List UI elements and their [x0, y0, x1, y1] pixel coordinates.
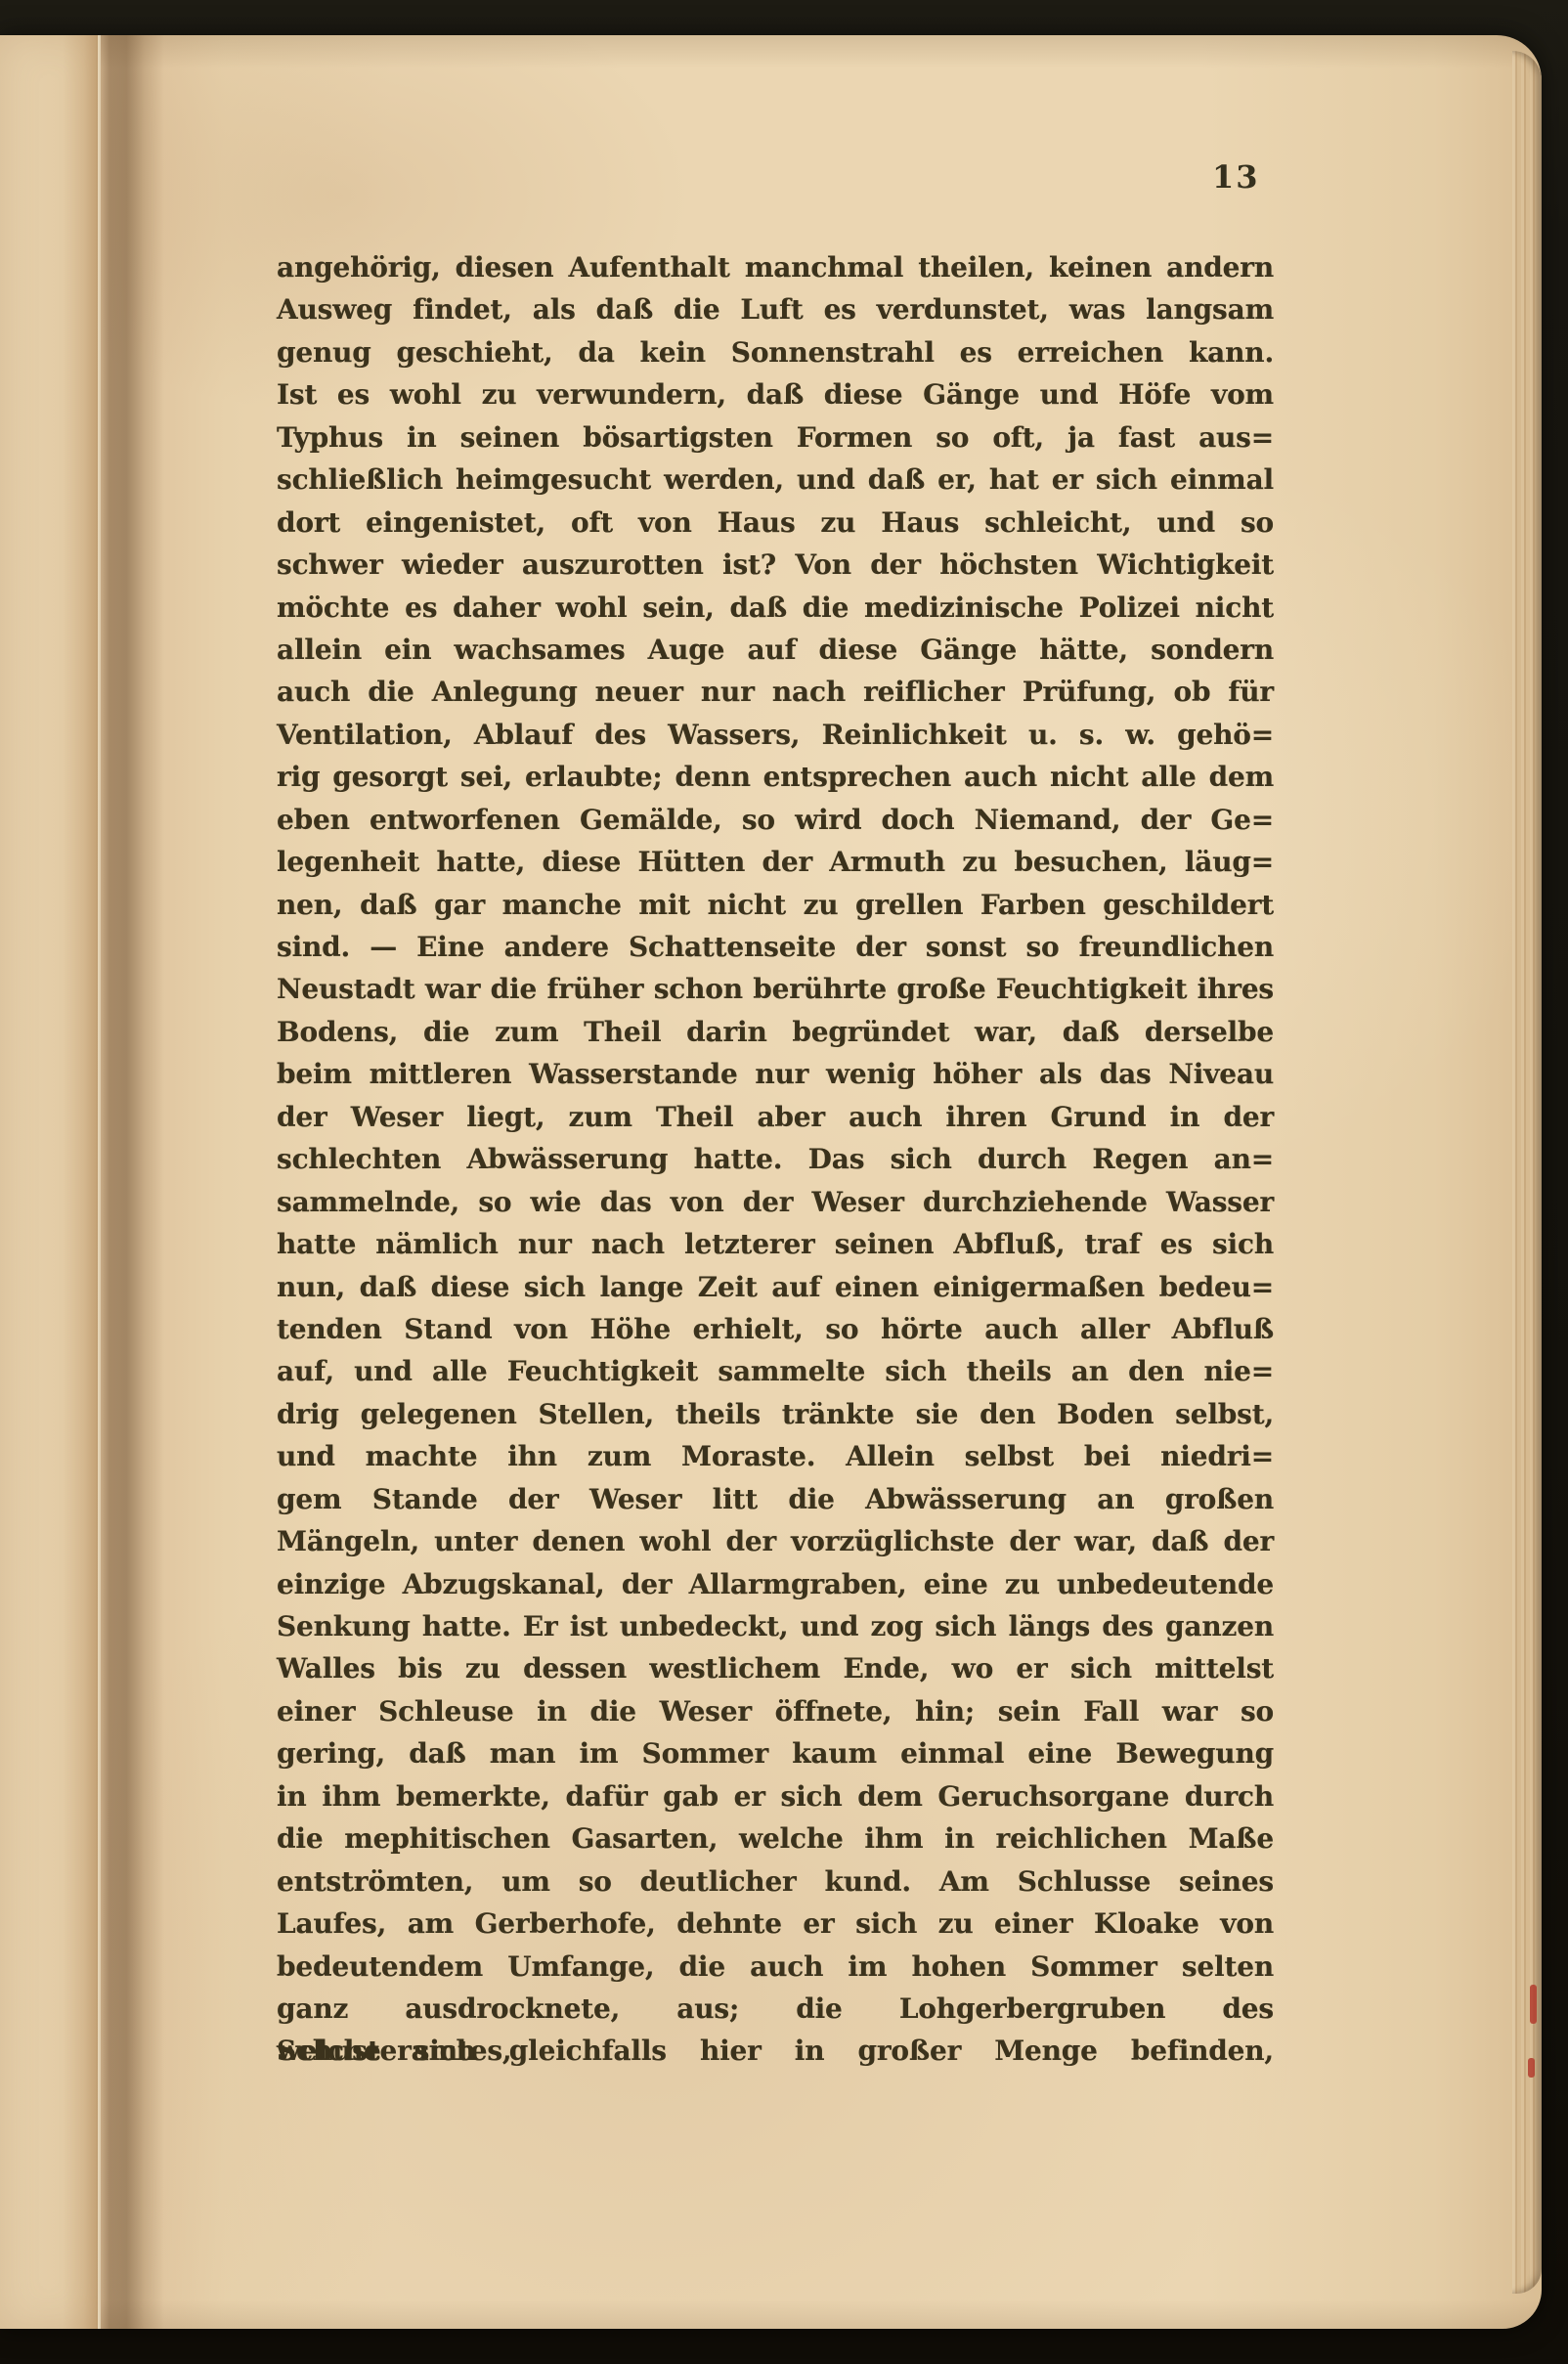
text-line: entströmten, um so deutlicher kund. Am S… — [277, 1861, 1274, 1903]
text-line: rig gesorgt sei, erlaubte; denn entsprec… — [277, 756, 1274, 798]
text-block: angehörig, diesen Aufenthalt manchmal th… — [277, 246, 1274, 2077]
gutter-shadow — [96, 35, 164, 2329]
page-edge-stack — [1512, 51, 1542, 2294]
text-line: legenheit hatte, diese Hütten der Armuth… — [277, 841, 1274, 883]
scan-background: 13 angehörig, diesen Aufenthalt manchmal… — [0, 0, 1568, 2364]
text-line: Ausweg findet, als daß die Luft es verdu… — [277, 288, 1274, 330]
text-line: dort eingenistet, oft von Haus zu Haus s… — [277, 502, 1274, 544]
book-page: 13 angehörig, diesen Aufenthalt manchmal… — [0, 35, 1542, 2329]
text-line: sammelnde, so wie das von der Weser durc… — [277, 1181, 1274, 1223]
text-line: in ihm bemerkte, dafür gab er sich dem G… — [277, 1775, 1274, 1817]
text-line: allein ein wachsames Auge auf diese Gäng… — [277, 629, 1274, 671]
page-edge-red-mark — [1530, 1985, 1537, 2024]
text-line: schlechten Abwässerung hatte. Das sich d… — [277, 1138, 1274, 1180]
text-line: nen, daß gar manche mit nicht zu grellen… — [277, 884, 1274, 926]
text-line: der Weser liegt, zum Theil aber auch ihr… — [277, 1096, 1274, 1138]
text-line: angehörig, diesen Aufenthalt manchmal th… — [277, 246, 1274, 288]
text-line: auf, und alle Feuchtigkeit sammelte sich… — [277, 1350, 1274, 1392]
text-line: Mängeln, unter denen wohl der vorzüglich… — [277, 1520, 1274, 1562]
page-edge-red-mark — [1528, 2058, 1535, 2078]
text-line: Senkung hatte. Er ist unbedeckt, und zog… — [277, 1605, 1274, 1647]
text-line: sind. — Eine andere Schattenseite der so… — [277, 926, 1274, 968]
text-line: Ventilation, Ablauf des Wassers, Reinlic… — [277, 714, 1274, 756]
text-line: drig gelegenen Stellen, theils tränkte s… — [277, 1393, 1274, 1435]
text-line: die mephitischen Gasarten, welche ihm in… — [277, 1817, 1274, 1860]
text-line: einzige Abzugskanal, der Allarmgraben, e… — [277, 1563, 1274, 1605]
text-line: ganz ausdrocknete, aus; die Lohgerbergru… — [277, 1988, 1274, 2030]
text-line: tenden Stand von Höhe erhielt, so hörte … — [277, 1308, 1274, 1350]
text-line: Walles bis zu dessen westlichem Ende, wo… — [277, 1647, 1274, 1689]
text-line: genug geschieht, da kein Sonnenstrahl es… — [277, 331, 1274, 373]
text-line: möchte es daher wohl sein, daß die mediz… — [277, 587, 1274, 629]
text-line: Neustadt war die früher schon berührte g… — [277, 968, 1274, 1010]
text-line: Bodens, die zum Theil darin begründet wa… — [277, 1011, 1274, 1053]
text-line: hatte nämlich nur nach letzterer seinen … — [277, 1223, 1274, 1265]
text-line: gem Stande der Weser litt die Abwässerun… — [277, 1478, 1274, 1520]
text-line: bedeutendem Umfange, die auch im hohen S… — [277, 1946, 1274, 1988]
facing-page-edge — [0, 35, 101, 2329]
text-line: schließlich heimgesucht werden, und daß … — [277, 459, 1274, 501]
text-line: schwer wieder auszurotten ist? Von der h… — [277, 544, 1274, 586]
text-line: nun, daß diese sich lange Zeit auf einen… — [277, 1266, 1274, 1308]
text-line: und machte ihn zum Moraste. Allein selbs… — [277, 1435, 1274, 1477]
text-line: auch die Anlegung neuer nur nach reiflic… — [277, 671, 1274, 713]
text-line: Ist es wohl zu verwundern, daß diese Gän… — [277, 373, 1274, 416]
text-line: beim mittleren Wasserstande nur wenig hö… — [277, 1053, 1274, 1095]
text-line: Laufes, am Gerberhofe, dehnte er sich zu… — [277, 1903, 1274, 1945]
text-line: gering, daß man im Sommer kaum einmal ei… — [277, 1732, 1274, 1774]
text-line: welche sich gleichfalls hier in großer M… — [277, 2030, 1274, 2072]
text-line: einer Schleuse in die Weser öffnete, hin… — [277, 1690, 1274, 1732]
text-line: Typhus in seinen bösartigsten Formen so … — [277, 416, 1274, 459]
text-line: eben entworfenen Gemälde, so wird doch N… — [277, 799, 1274, 841]
page-number: 13 — [1212, 158, 1281, 196]
